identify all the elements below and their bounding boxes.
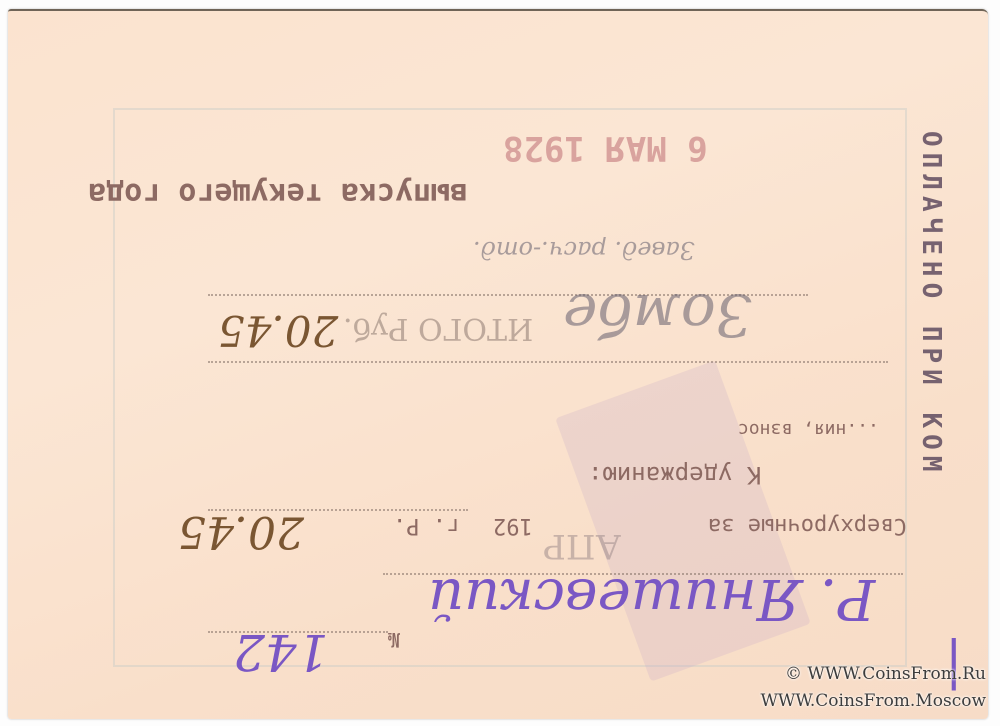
amount-dotted-line-bottom xyxy=(208,361,888,363)
pencil-signature: Зомбе xyxy=(563,281,752,349)
handwritten-amount-2: 20.45 xyxy=(178,506,304,557)
date-stamp: 6 МАЯ 1928 xyxy=(503,128,708,168)
watermark-line-2: WWW.CoinsFrom.Moscow xyxy=(760,691,986,711)
paid-vertical-stamp: ОПЛАЧЕНО ПРИ КОМ xyxy=(916,131,946,477)
document-paper: 6 МАЯ 1928 выпуска текущего года Завед. … xyxy=(8,9,988,719)
purple-signature: Р. Янишевский xyxy=(428,566,875,631)
total-label: ИТОГО Руб. xyxy=(343,311,533,346)
deduction-item: ...ния, взнос xyxy=(738,419,879,440)
number-label: № xyxy=(388,628,400,652)
watermark-line-1: © WWW.CoinsFrom.Ru xyxy=(785,664,986,684)
overtime-suffix: г. Р. xyxy=(393,513,459,538)
faint-month-stamp: АПР xyxy=(543,526,621,566)
issue-year-header: выпуска текущего года xyxy=(88,176,467,211)
overtime-label: Сверхурочные за xyxy=(708,513,907,538)
handwritten-amount-1: 20.45 xyxy=(218,306,338,355)
handwritten-number: 142 xyxy=(233,623,328,681)
pencil-note: Завед. расч.-отд. xyxy=(473,236,695,264)
overtime-year: 192 xyxy=(493,513,533,538)
deduction-label: К удержанию: xyxy=(588,461,761,489)
